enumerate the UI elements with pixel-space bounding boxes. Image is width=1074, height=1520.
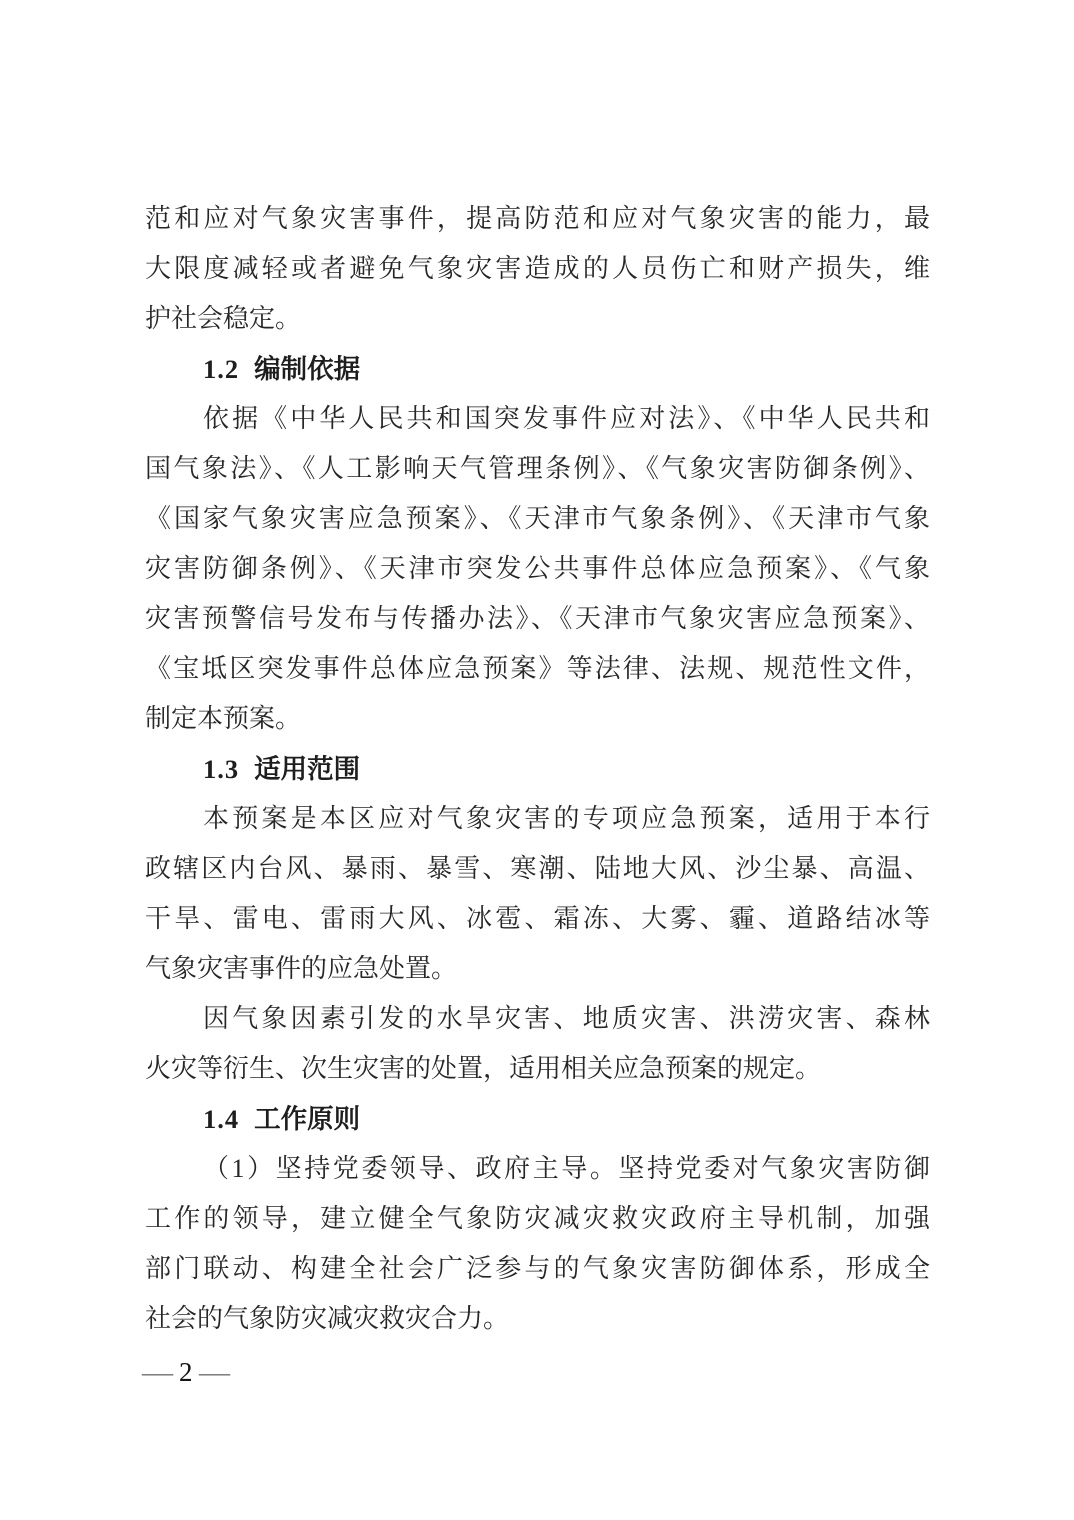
- section-title: 工作原则: [254, 1104, 360, 1134]
- body-text-line: 国气象法》、《人工影响天气管理条例》、《气象灾害防御条例》、: [145, 444, 930, 494]
- footer-dash-left: —: [142, 1354, 173, 1390]
- section-heading: 1.4工作原则: [145, 1094, 930, 1144]
- section-title: 编制依据: [254, 354, 360, 384]
- body-text-line: 部门联动、构建全社会广泛参与的气象灾害防御体系，形成全: [145, 1244, 930, 1294]
- body-text-line: 因气象因素引发的水旱灾害、地质灾害、洪涝灾害、森林: [145, 994, 930, 1044]
- body-text-line: 护社会稳定。: [145, 294, 930, 344]
- section-number: 1.3: [203, 754, 239, 784]
- body-text-line: 范和应对气象灾害事件，提高防范和应对气象灾害的能力，最: [145, 194, 930, 244]
- body-text-line: 依据《中华人民共和国突发事件应对法》、《中华人民共和: [145, 394, 930, 444]
- body-text-line: 干旱、雷电、雷雨大风、冰雹、霜冻、大雾、霾、道路结冰等: [145, 894, 930, 944]
- section-heading: 1.3适用范围: [145, 744, 930, 794]
- section-heading: 1.2编制依据: [145, 344, 930, 394]
- section-title: 适用范围: [254, 754, 360, 784]
- body-text-line: 灾害预警信号发布与传播办法》、《天津市气象灾害应急预案》、: [145, 594, 930, 644]
- section-number: 1.4: [203, 1104, 239, 1134]
- body-text-line: 《宝坻区突发事件总体应急预案》等法律、法规、规范性文件，: [145, 644, 930, 694]
- page-footer: — 2 —: [144, 1354, 228, 1390]
- body-text-line: 社会的气象防灾减灾救灾合力。: [145, 1294, 930, 1344]
- body-text-line: 本预案是本区应对气象灾害的专项应急预案，适用于本行: [145, 794, 930, 844]
- body-text-line: 火灾等衍生、次生灾害的处置，适用相关应急预案的规定。: [145, 1044, 930, 1094]
- body-text-line: （1）坚持党委领导、政府主导。坚持党委对气象灾害防御: [145, 1144, 930, 1194]
- body-text-line: 工作的领导，建立健全气象防灾减灾救灾政府主导机制，加强: [145, 1194, 930, 1244]
- body-text-line: 《国家气象灾害应急预案》、《天津市气象条例》、《天津市气象: [145, 494, 930, 544]
- body-text-line: 灾害防御条例》、《天津市突发公共事件总体应急预案》、《气象: [145, 544, 930, 594]
- document-page: 范和应对气象灾害事件，提高防范和应对气象灾害的能力，最大限度减轻或者避免气象灾害…: [0, 0, 1074, 1520]
- document-body: 范和应对气象灾害事件，提高防范和应对气象灾害的能力，最大限度减轻或者避免气象灾害…: [145, 194, 930, 1344]
- body-text-line: 大限度减轻或者避免气象灾害造成的人员伤亡和财产损失，维: [145, 244, 930, 294]
- body-text-line: 制定本预案。: [145, 694, 930, 744]
- body-text-line: 气象灾害事件的应急处置。: [145, 944, 930, 994]
- section-number: 1.2: [203, 354, 239, 384]
- footer-dash-right: —: [198, 1354, 229, 1390]
- body-text-line: 政辖区内台风、暴雨、暴雪、寒潮、陆地大风、沙尘暴、高温、: [145, 844, 930, 894]
- page-number: 2: [179, 1354, 193, 1390]
